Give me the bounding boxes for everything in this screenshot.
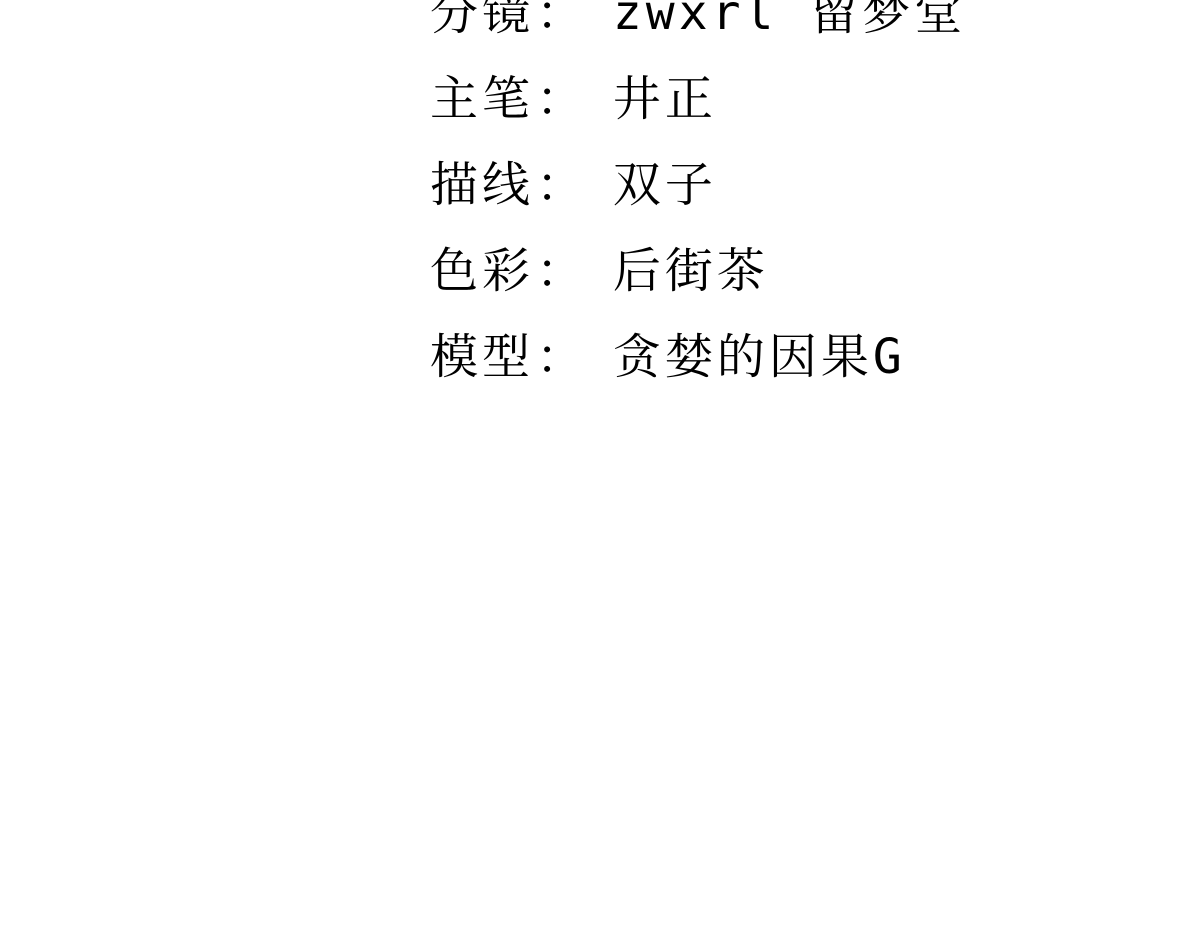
credit-head: 模型： — [430, 314, 580, 400]
credit-line-lineart: 描线： 双子 — [430, 142, 966, 228]
credit-head: 描线： — [430, 142, 580, 228]
credit-separator: ： — [536, 0, 588, 56]
credits-block: 分镜： zwxrl 留梦堂 主笔： 井正 描线： 双子 色彩： 后街茶 模型： … — [430, 0, 966, 400]
credit-value: 后街茶 — [613, 228, 769, 314]
credit-head: 分镜： — [430, 0, 580, 56]
credit-line-color: 色彩： 后街茶 — [430, 228, 966, 314]
credit-separator: ： — [536, 142, 588, 228]
credit-label: 模型 — [430, 329, 534, 385]
credit-line-lead-artist: 主笔： 井正 — [430, 56, 966, 142]
credit-value: 贪婪的因果G — [613, 314, 906, 400]
credit-value: 井正 — [613, 56, 717, 142]
credit-value: 双子 — [613, 142, 717, 228]
credit-label: 分镜 — [430, 0, 534, 41]
credit-value: zwxrl 留梦堂 — [613, 0, 966, 56]
credit-line-storyboard: 分镜： zwxrl 留梦堂 — [430, 0, 966, 56]
credit-separator: ： — [536, 228, 588, 314]
credit-line-model: 模型： 贪婪的因果G — [430, 314, 966, 400]
credit-label: 主笔 — [430, 71, 534, 127]
credit-label: 描线 — [430, 157, 534, 213]
credit-label: 色彩 — [430, 243, 534, 299]
credit-head: 主笔： — [430, 56, 580, 142]
credit-separator: ： — [536, 56, 588, 142]
credit-head: 色彩： — [430, 228, 580, 314]
credit-separator: ： — [536, 314, 588, 400]
